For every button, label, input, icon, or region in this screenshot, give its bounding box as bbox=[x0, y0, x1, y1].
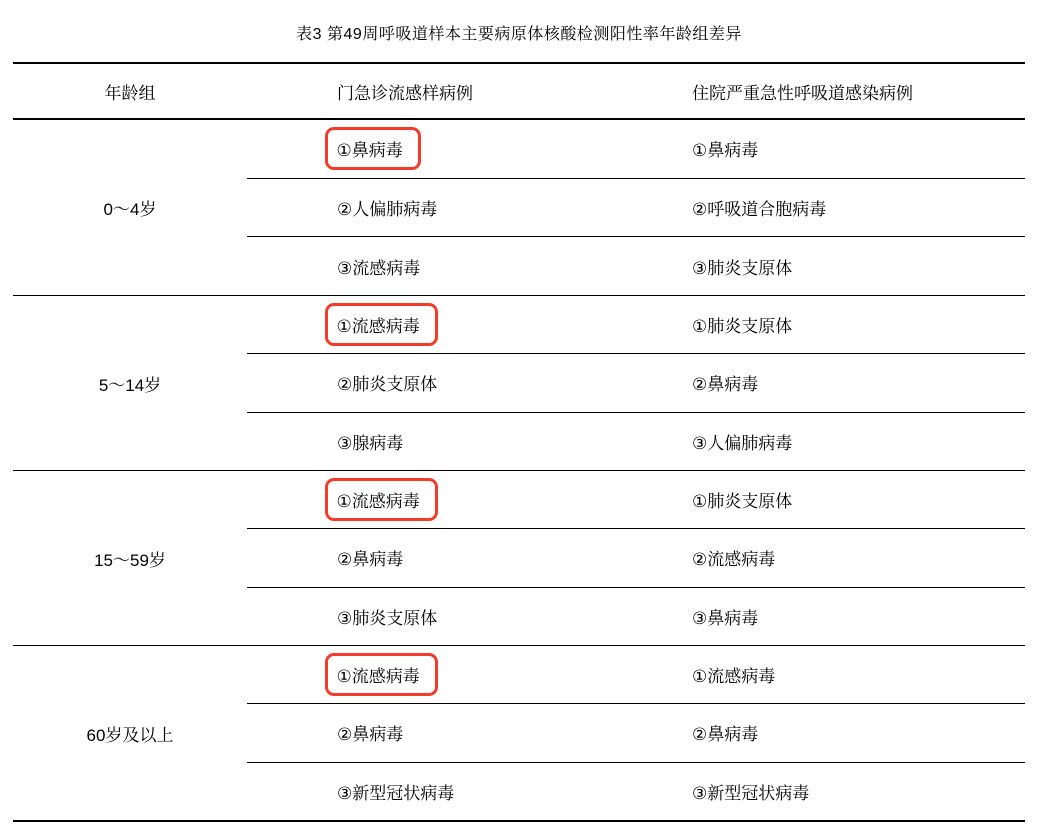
pathogen-item: ①鼻病毒 bbox=[337, 141, 403, 160]
age-group-section: 60岁及以上 ①流感病毒 ①流感病毒 ②鼻病毒 ②鼻病毒 ③新型冠状病毒 ③新型… bbox=[13, 645, 1025, 820]
outpatient-rank-cell: ③新型冠状病毒 bbox=[247, 779, 692, 804]
pathogen-item: ①流感病毒 bbox=[692, 667, 775, 686]
rank-row: ①鼻病毒 ①鼻病毒 bbox=[247, 120, 1025, 178]
column-header-outpatient-ili: 门急诊流感样病例 bbox=[247, 79, 692, 104]
pathogen-item: ②流感病毒 bbox=[692, 550, 775, 569]
top-pathogen-highlight-box: ①流感病毒 bbox=[325, 478, 438, 521]
top-pathogen-highlight-box: ①流感病毒 bbox=[325, 653, 438, 696]
pathogen-item: ①流感病毒 bbox=[337, 492, 420, 511]
rank-rows: ①流感病毒 ①流感病毒 ②鼻病毒 ②鼻病毒 ③新型冠状病毒 ③新型冠状病毒 bbox=[247, 646, 1025, 820]
outpatient-rank-cell: ①鼻病毒 bbox=[247, 127, 692, 170]
rank-row: ③流感病毒 ③肺炎支原体 bbox=[247, 236, 1025, 295]
age-group-label: 15～59岁 bbox=[13, 471, 247, 645]
rank-rows: ①流感病毒 ①肺炎支原体 ②鼻病毒 ②流感病毒 ③肺炎支原体 ③鼻病毒 bbox=[247, 471, 1025, 645]
rank-row: ③新型冠状病毒 ③新型冠状病毒 bbox=[247, 762, 1025, 820]
pathogen-item: ②呼吸道合胞病毒 bbox=[692, 200, 826, 219]
outpatient-rank-cell: ②肺炎支原体 bbox=[247, 370, 692, 395]
page: 表3 第49周呼吸道样本主要病原体核酸检测阳性率年龄组差异 年龄组 门急诊流感样… bbox=[0, 0, 1038, 830]
table-title: 表3 第49周呼吸道样本主要病原体核酸检测阳性率年龄组差异 bbox=[0, 21, 1038, 44]
pathogen-item: ②鼻病毒 bbox=[337, 550, 403, 569]
inpatient-rank-cell: ③肺炎支原体 bbox=[692, 254, 1025, 279]
inpatient-rank-cell: ①鼻病毒 bbox=[692, 136, 1025, 161]
rank-row: ①流感病毒 ①肺炎支原体 bbox=[247, 471, 1025, 528]
outpatient-rank-cell: ①流感病毒 bbox=[247, 653, 692, 696]
pathogen-item: ①肺炎支原体 bbox=[692, 492, 792, 511]
top-pathogen-highlight-box: ①鼻病毒 bbox=[325, 127, 421, 170]
inpatient-rank-cell: ③鼻病毒 bbox=[692, 604, 1025, 629]
column-header-hospitalized-sari: 住院严重急性呼吸道感染病例 bbox=[692, 79, 1025, 104]
rank-row: ③腺病毒 ③人偏肺病毒 bbox=[247, 412, 1025, 470]
pathogen-item: ③肺炎支原体 bbox=[337, 609, 437, 628]
pathogen-item: ③新型冠状病毒 bbox=[337, 784, 454, 803]
inpatient-rank-cell: ①肺炎支原体 bbox=[692, 487, 1025, 512]
pathogen-item: ①肺炎支原体 bbox=[692, 317, 792, 336]
outpatient-rank-cell: ①流感病毒 bbox=[247, 303, 692, 346]
inpatient-rank-cell: ②呼吸道合胞病毒 bbox=[692, 195, 1025, 220]
age-group-section: 5～14岁 ①流感病毒 ①肺炎支原体 ②肺炎支原体 ②鼻病毒 ③腺病毒 ③人偏肺… bbox=[13, 295, 1025, 470]
pathogen-table: 年龄组 门急诊流感样病例 住院严重急性呼吸道感染病例 0～4岁 ①鼻病毒 ①鼻病… bbox=[13, 62, 1025, 822]
rank-row: ①流感病毒 ①流感病毒 bbox=[247, 646, 1025, 703]
age-group-section: 0～4岁 ①鼻病毒 ①鼻病毒 ②人偏肺病毒 ②呼吸道合胞病毒 ③流感病毒 ③肺炎… bbox=[13, 120, 1025, 295]
rank-row: ②肺炎支原体 ②鼻病毒 bbox=[247, 353, 1025, 411]
pathogen-item: ③新型冠状病毒 bbox=[692, 784, 809, 803]
inpatient-rank-cell: ②鼻病毒 bbox=[692, 370, 1025, 395]
outpatient-rank-cell: ②鼻病毒 bbox=[247, 720, 692, 745]
outpatient-rank-cell: ②鼻病毒 bbox=[247, 545, 692, 570]
inpatient-rank-cell: ①流感病毒 bbox=[692, 662, 1025, 687]
rank-row: ③肺炎支原体 ③鼻病毒 bbox=[247, 587, 1025, 645]
pathogen-item: ③肺炎支原体 bbox=[692, 259, 792, 278]
age-group-label: 0～4岁 bbox=[13, 120, 247, 295]
pathogen-item: ①流感病毒 bbox=[337, 667, 420, 686]
outpatient-rank-cell: ③腺病毒 bbox=[247, 429, 692, 454]
top-pathogen-highlight-box: ①流感病毒 bbox=[325, 303, 438, 346]
pathogen-item: ①流感病毒 bbox=[337, 317, 420, 336]
pathogen-item: ②肺炎支原体 bbox=[337, 375, 437, 394]
pathogen-item: ②鼻病毒 bbox=[692, 725, 758, 744]
pathogen-item: ②鼻病毒 bbox=[337, 725, 403, 744]
age-group-section: 15～59岁 ①流感病毒 ①肺炎支原体 ②鼻病毒 ②流感病毒 ③肺炎支原体 ③鼻… bbox=[13, 470, 1025, 645]
rank-rows: ①流感病毒 ①肺炎支原体 ②肺炎支原体 ②鼻病毒 ③腺病毒 ③人偏肺病毒 bbox=[247, 296, 1025, 470]
pathogen-item: ③人偏肺病毒 bbox=[692, 434, 792, 453]
pathogen-item: ①鼻病毒 bbox=[692, 141, 758, 160]
age-group-label: 60岁及以上 bbox=[13, 646, 247, 820]
column-header-age-group: 年龄组 bbox=[13, 79, 247, 104]
age-group-label: 5～14岁 bbox=[13, 296, 247, 470]
rank-row: ②人偏肺病毒 ②呼吸道合胞病毒 bbox=[247, 178, 1025, 237]
pathogen-item: ②鼻病毒 bbox=[692, 375, 758, 394]
pathogen-item: ③鼻病毒 bbox=[692, 609, 758, 628]
rank-row: ①流感病毒 ①肺炎支原体 bbox=[247, 296, 1025, 353]
inpatient-rank-cell: ③新型冠状病毒 bbox=[692, 779, 1025, 804]
outpatient-rank-cell: ③流感病毒 bbox=[247, 254, 692, 279]
inpatient-rank-cell: ①肺炎支原体 bbox=[692, 312, 1025, 337]
outpatient-rank-cell: ③肺炎支原体 bbox=[247, 604, 692, 629]
inpatient-rank-cell: ②流感病毒 bbox=[692, 545, 1025, 570]
outpatient-rank-cell: ①流感病毒 bbox=[247, 478, 692, 521]
table-header-row: 年龄组 门急诊流感样病例 住院严重急性呼吸道感染病例 bbox=[13, 64, 1025, 120]
pathogen-item: ③流感病毒 bbox=[337, 259, 420, 278]
rank-row: ②鼻病毒 ②流感病毒 bbox=[247, 528, 1025, 586]
rank-row: ②鼻病毒 ②鼻病毒 bbox=[247, 703, 1025, 761]
pathogen-item: ②人偏肺病毒 bbox=[337, 200, 437, 219]
outpatient-rank-cell: ②人偏肺病毒 bbox=[247, 195, 692, 220]
inpatient-rank-cell: ②鼻病毒 bbox=[692, 720, 1025, 745]
pathogen-item: ③腺病毒 bbox=[337, 434, 403, 453]
inpatient-rank-cell: ③人偏肺病毒 bbox=[692, 429, 1025, 454]
rank-rows: ①鼻病毒 ①鼻病毒 ②人偏肺病毒 ②呼吸道合胞病毒 ③流感病毒 ③肺炎支原体 bbox=[247, 120, 1025, 295]
